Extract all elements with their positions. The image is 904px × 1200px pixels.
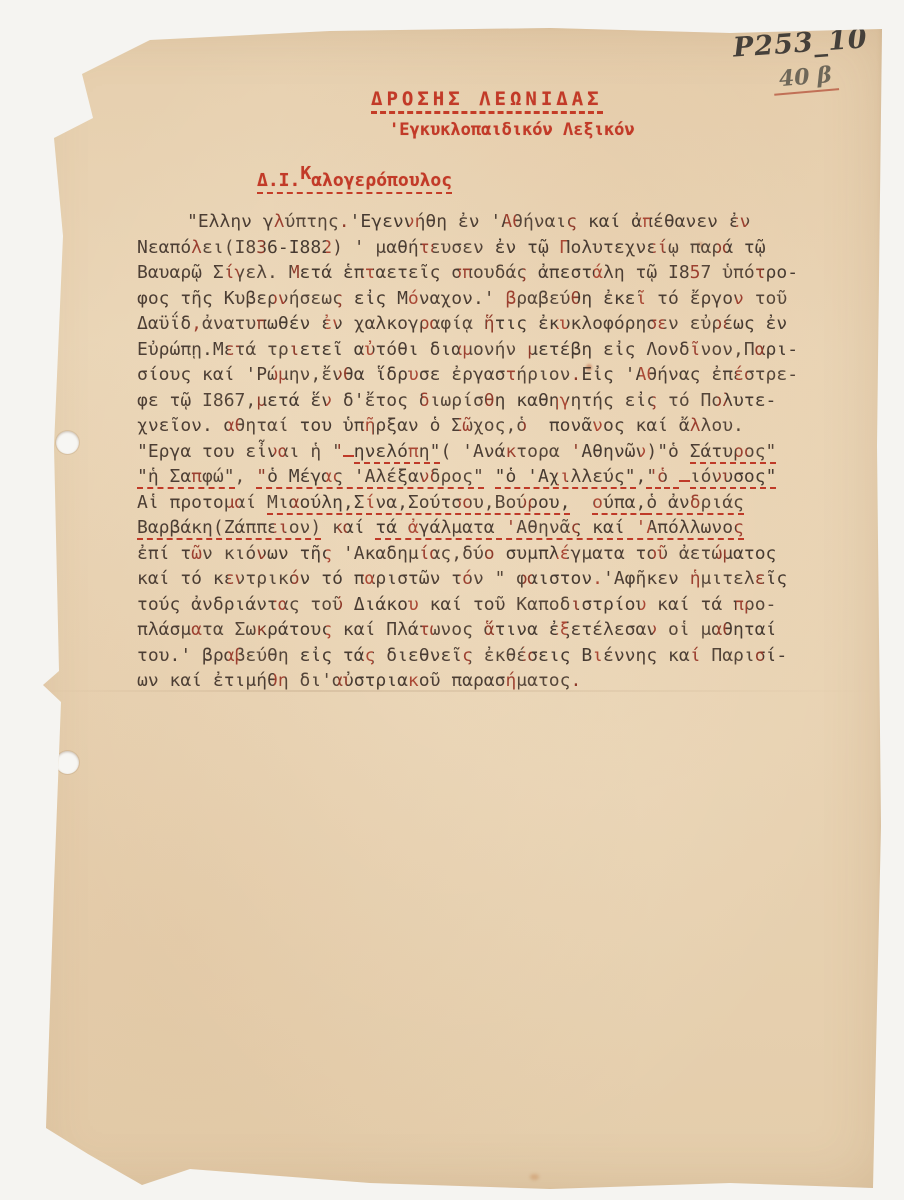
- text-segment: Αἱ προτομαί: [137, 492, 267, 513]
- text-segment: αλογερόπουλος: [311, 170, 452, 191]
- text-segment: χνεῖον.: [137, 415, 213, 436]
- text-line: "Εργα του εἶναι ἡ "Πηνελόπη"( 'Ανάκτορα …: [137, 439, 882, 465]
- text-segment: Βαυαρῷ Σίγελ. Μετά ἑπταετεῖς σπουδάς ἀπε…: [137, 262, 798, 283]
- text-segment: Μιαούλη,Σίνα,Σούτσου,Βούρου,: [267, 492, 570, 515]
- text-segment: φε τῷ Ι867,μετά ἕν δ'ἔτος διωρίσθη καθηγ…: [137, 390, 776, 411]
- document-page: P253_10 40 β ΔΡΟΣΗΣ ΛΕΩΝΙΔΑΣ 'Εγκυκλοπαι…: [30, 26, 882, 1192]
- text-segment: σίους καί 'Ρώμην,ἔνθα ἵδρυσε ἐργαστήριον…: [137, 364, 798, 385]
- text-segment: [484, 466, 495, 487]
- typed-content: ΔΡΟΣΗΣ ΛΕΩΝΙΔΑΣ 'Εγκυκλοπαιδικόν Λεξικόν…: [30, 26, 882, 694]
- text-segment: ὁ ἀνδριάς: [646, 492, 744, 515]
- text-segment: καί: [321, 517, 375, 538]
- text-segment: ἐπί τῶν κιόνων τῆς 'Ακαδημίας,δύο συμπλέ…: [137, 543, 776, 564]
- text-segment: Μ: [213, 408, 224, 429]
- text-line: πλάσματα Σωκράτους καί Πλάτωνος ἅτινα ἐξ…: [137, 617, 882, 643]
- text-segment: μαθήτευσεν ἐν τῷ Πολυτεχνείῳ παρά τῷ: [375, 237, 765, 258]
- text-segment: ( 'Ανάκτορα 'Αθηνῶν)"ὁ: [440, 441, 689, 462]
- text-segment: ,: [636, 466, 647, 487]
- text-line: ων καί ἐτιμήθη δι'αὐστριακοῦ παρασήματος…: [137, 668, 882, 694]
- text-segment: αθηταί του ὑπῆρξαν ὁ Σῶχος,ὁ: [224, 415, 538, 436]
- text-segment: του.': [137, 645, 191, 666]
- text-segment: Σάτυρος": [690, 441, 777, 464]
- text-segment: Δ: [679, 459, 690, 482]
- text-segment: "ἡ Σαπφώ": [137, 466, 235, 489]
- text-segment: Ε: [191, 638, 202, 659]
- punch-hole-bottom: [56, 751, 79, 774]
- text-segment: Ε: [495, 281, 506, 302]
- text-segment: Βαρβάκη(Ζάππειον): [137, 517, 321, 540]
- text-segment: πονᾶνος καί ἄλλου.: [549, 415, 744, 436]
- text-segment: Η: [505, 561, 516, 582]
- text-segment: Π: [343, 434, 354, 457]
- text-segment: ηνελόπη": [354, 441, 441, 464]
- text-line: Νεαπόλει(Ι836-Ι882) 'Εμαθήτευσεν ἐν τῷ Π…: [137, 235, 882, 261]
- text-line: τούς ἀνδριάντας τοῦ Διάκου καί τοῦ Καποδ…: [137, 592, 882, 618]
- text-line: "Ελλην γλύπτης.'Εγεννήθη ἐν 'Αθήναις καί…: [137, 209, 882, 235]
- entry-subtitle: 'Εγκυκλοπαιδικόν Λεξικόν: [389, 120, 882, 140]
- text-line: χνεῖον.Μαθηταί του ὑπῆρξαν ὁ Σῶχος,ὁ Μπο…: [137, 413, 882, 439]
- text-segment: φος τῆς Κυβερνήσεως εἰς Μόναχον.': [137, 288, 495, 309]
- text-segment: ,: [235, 466, 257, 487]
- text-segment: τούς ἀνδριάντας τοῦ Διάκου καί τοῦ Καποδ…: [137, 594, 776, 615]
- text-segment: "ὁ Μέγας 'Αλέξανδρος": [256, 466, 484, 489]
- text-segment: Κ: [300, 163, 311, 184]
- text-segment: Νεαπόλει(Ι836-Ι882) ': [137, 237, 365, 258]
- text-line: φε τῷ Ι867,μετά ἕν δ'ἔτος διωρίσθη καθηγ…: [137, 388, 882, 414]
- paper-stain: [530, 1174, 539, 1180]
- entry-body: "Ελλην γλύπτης.'Εγεννήθη ἐν 'Αθήναις καί…: [137, 209, 882, 694]
- text-segment: βραβεύθη ἐκεῖ τό ἔργον τοῦ: [505, 288, 787, 309]
- text-segment: φαιστον.'Αφῆκεν ἡμιτελεῖς: [516, 568, 787, 589]
- text-line: του.'Εβραβεύθη εἰς τάς διεθνεῖς ἐκθέσεις…: [137, 643, 882, 669]
- text-line: Δαϋΐδ,ἀνατυπωθέν ἐν χαλκογραφίᾳ ἥτις ἐκυ…: [137, 311, 882, 337]
- text-line: Εὐρώπῃ.Μετά τριετεῖ αὐτόθι διαμονήν μετέ…: [137, 337, 882, 363]
- entry-title: ΔΡΟΣΗΣ ΛΕΩΝΙΔΑΣ: [371, 88, 603, 114]
- text-line: "ἡ Σαπφώ", "ὁ Μέγας 'Αλέξανδρος" "ὁ 'Αχι…: [137, 464, 882, 490]
- text-line: Βαυαρῷ Σίγελ. Μετά ἑπταετεῖς σπουδάς ἀπε…: [137, 260, 882, 286]
- text-segment: "ὁ: [646, 466, 679, 489]
- text-segment: "Ελλην γλύπτης.'Εγεννήθη ἐν 'Αθήναις καί…: [187, 211, 751, 232]
- text-segment: τά ἀγάλματα 'Αθηνᾶς καί 'Απόλλωνος: [375, 517, 743, 540]
- text-segment: ιόνυσος": [690, 466, 777, 489]
- text-segment: "ὁ 'Αχιλλεύς": [495, 466, 636, 489]
- text-line: Βαρβάκη(Ζάππειον) καί τά ἀγάλματα 'Αθηνᾶ…: [137, 515, 882, 541]
- text-segment: πλάσματα Σωκράτους καί Πλάτωνος ἅτινα ἐξ…: [137, 619, 776, 640]
- text-segment: Μ: [538, 408, 549, 429]
- text-segment: καί τό κεντρικόν τό παριστῶν τόν ": [137, 568, 505, 589]
- text-segment: "Εργα του εἶναι ἡ ": [137, 441, 343, 462]
- text-line: φος τῆς Κυβερνήσεως εἰς Μόναχον.'Εβραβεύ…: [137, 286, 882, 312]
- entry-author: Δ.Ι.Καλογερόπουλος: [257, 170, 452, 194]
- scan-background: P253_10 40 β ΔΡΟΣΗΣ ΛΕΩΝΙΔΑΣ 'Εγκυκλοπαι…: [0, 0, 904, 1200]
- text-segment: Δ.Ι.: [257, 170, 300, 191]
- text-segment: Δαϋΐδ,ἀνατυπωθέν ἐν χαλκογραφίᾳ ἥτις ἐκυ…: [137, 313, 787, 334]
- text-segment: [570, 492, 581, 513]
- text-segment: ούπα,: [592, 492, 646, 515]
- text-line: Αἱ προτομαί Μιαούλη,Σίνα,Σούτσου,Βούρου,…: [137, 490, 882, 516]
- text-segment: ων καί ἐτιμήθη δι'αὐστριακοῦ παρασήματος…: [137, 670, 581, 691]
- text-segment: Κ: [581, 485, 592, 506]
- text-line: καί τό κεντρικόν τό παριστῶν τόν "Ηφαιστ…: [137, 566, 882, 592]
- text-segment: βραβεύθη εἰς τάς διεθνεῖς ἐκθέσεις Βιένν…: [202, 645, 787, 666]
- text-line: σίους καί 'Ρώμην,ἔνθα ἵδρυσε ἐργαστήριον…: [137, 362, 882, 388]
- text-segment: Εὐρώπῃ.Μετά τριετεῖ αὐτόθι διαμονήν μετέ…: [137, 339, 798, 360]
- text-segment: Ε: [365, 230, 376, 251]
